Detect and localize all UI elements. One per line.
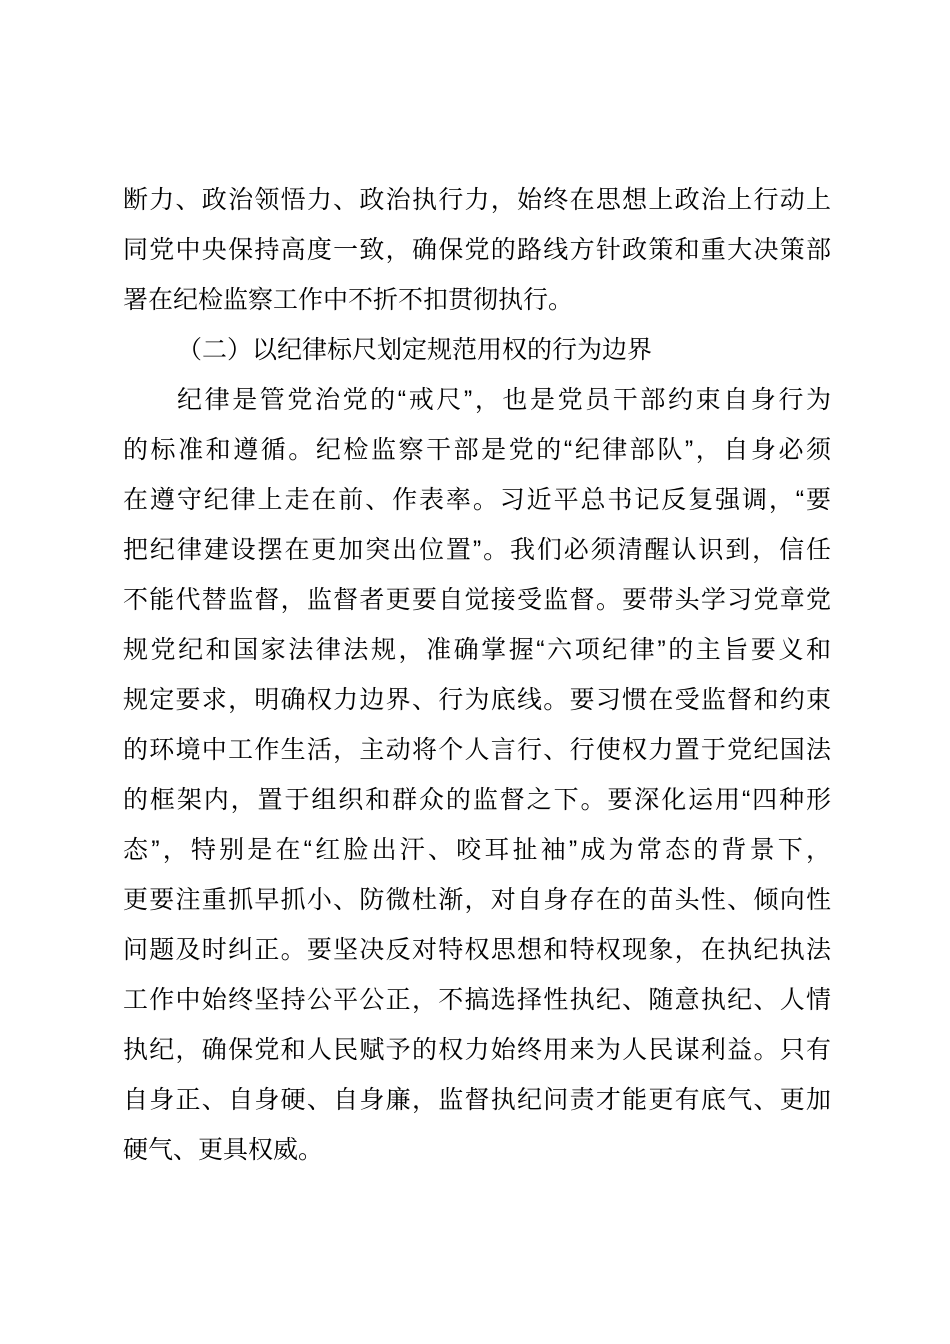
text-line: 规定要求，明确权力边界、行为底线。要习惯在受监督和约束 xyxy=(123,675,831,725)
text-line: 问题及时纠正。要坚决反对特权思想和特权现象，在执纪执法 xyxy=(123,925,831,975)
text-line: 纪律是管党治党的“戒尺”，也是党员干部约束自身行为 xyxy=(123,375,831,425)
text-line: 的标准和遵循。纪检监察干部是党的“纪律部队”，自身必须 xyxy=(123,425,831,475)
text-line: 同党中央保持高度一致，确保党的路线方针政策和重大决策部 xyxy=(123,225,831,275)
text-line: 工作中始终坚持公平公正，不搞选择性执纪、随意执纪、人情 xyxy=(123,975,831,1025)
text-line: 自身正、自身硬、自身廉，监督执纪问责才能更有底气、更加 xyxy=(123,1075,831,1125)
text-line: 规党纪和国家法律法规，准确掌握“六项纪律”的主旨要义和 xyxy=(123,625,831,675)
text-line: 更要注重抓早抓小、防微杜渐，对自身存在的苗头性、倾向性 xyxy=(123,875,831,925)
text-line: 执纪，确保党和人民赋予的权力始终用来为人民谋利益。只有 xyxy=(123,1025,831,1075)
text-line: 断力、政治领悟力、政治执行力，始终在思想上政治上行动上 xyxy=(123,175,831,225)
text-line: 态”，特别是在“红脸出汗、咬耳扯袖”成为常态的背景下， xyxy=(123,825,831,875)
text-line: 硬气、更具权威。 xyxy=(123,1125,831,1175)
text-block: 断力、政治领悟力、政治执行力，始终在思想上政治上行动上 同党中央保持高度一致，确… xyxy=(123,175,831,1175)
text-line: 的框架内，置于组织和群众的监督之下。要深化运用“四种形 xyxy=(123,775,831,825)
text-line: 在遵守纪律上走在前、作表率。习近平总书记反复强调，“要 xyxy=(123,475,831,525)
text-line: 不能代替监督，监督者更要自觉接受监督。要带头学习党章党 xyxy=(123,575,831,625)
text-line: 署在纪检监察工作中不折不扣贯彻执行。 xyxy=(123,275,831,325)
text-line: 把纪律建设摆在更加突出位置”。我们必须清醒认识到，信任 xyxy=(123,525,831,575)
text-line: 的环境中工作生活，主动将个人言行、行使权力置于党纪国法 xyxy=(123,725,831,775)
section-heading: （二）以纪律标尺划定规范用权的行为边界 xyxy=(123,325,831,375)
document-page: 断力、政治领悟力、政治执行力，始终在思想上政治上行动上 同党中央保持高度一致，确… xyxy=(0,0,950,1344)
